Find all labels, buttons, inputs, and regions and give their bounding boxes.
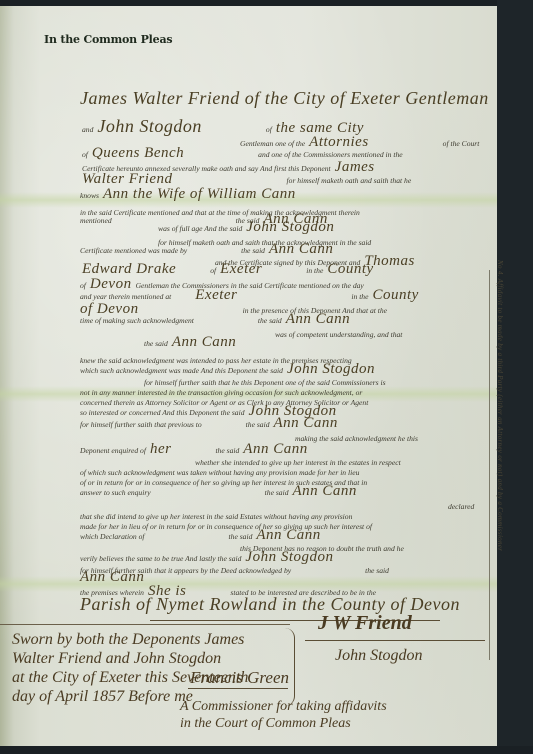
doc-line: declared bbox=[448, 496, 474, 514]
signature-commissioner: Francis Green bbox=[190, 668, 289, 687]
commissioner-underline bbox=[188, 688, 288, 689]
doc-line: the said Ann Cann bbox=[144, 333, 236, 351]
scan-frame-bottom bbox=[0, 746, 533, 754]
margin-rule bbox=[489, 270, 490, 660]
commissioner-title: A Commissioner for taking affidavits in … bbox=[180, 698, 387, 732]
signature-deponent-1: J W Friend bbox=[318, 614, 412, 633]
signature-underline bbox=[305, 640, 485, 641]
doc-line: answer to such enquiry the said Ann Cann bbox=[80, 482, 357, 500]
jurat-brace bbox=[284, 628, 295, 706]
deponents-line: James Walter Friend of the City of Exete… bbox=[80, 88, 489, 109]
court-heading: In the Common Pleas bbox=[44, 33, 172, 46]
doc-line: knows Ann the Wife of William Cann bbox=[80, 185, 296, 203]
jurat-divider bbox=[0, 624, 290, 627]
doc-line: making the said acknowledgment he this bbox=[295, 428, 418, 446]
signature-deponent-2: John Stogdon bbox=[335, 646, 423, 665]
doc-line: was of competent understanding, and that bbox=[275, 324, 402, 342]
margin-note: No 4. Affidavit to be made by a third Pa… bbox=[492, 260, 504, 560]
